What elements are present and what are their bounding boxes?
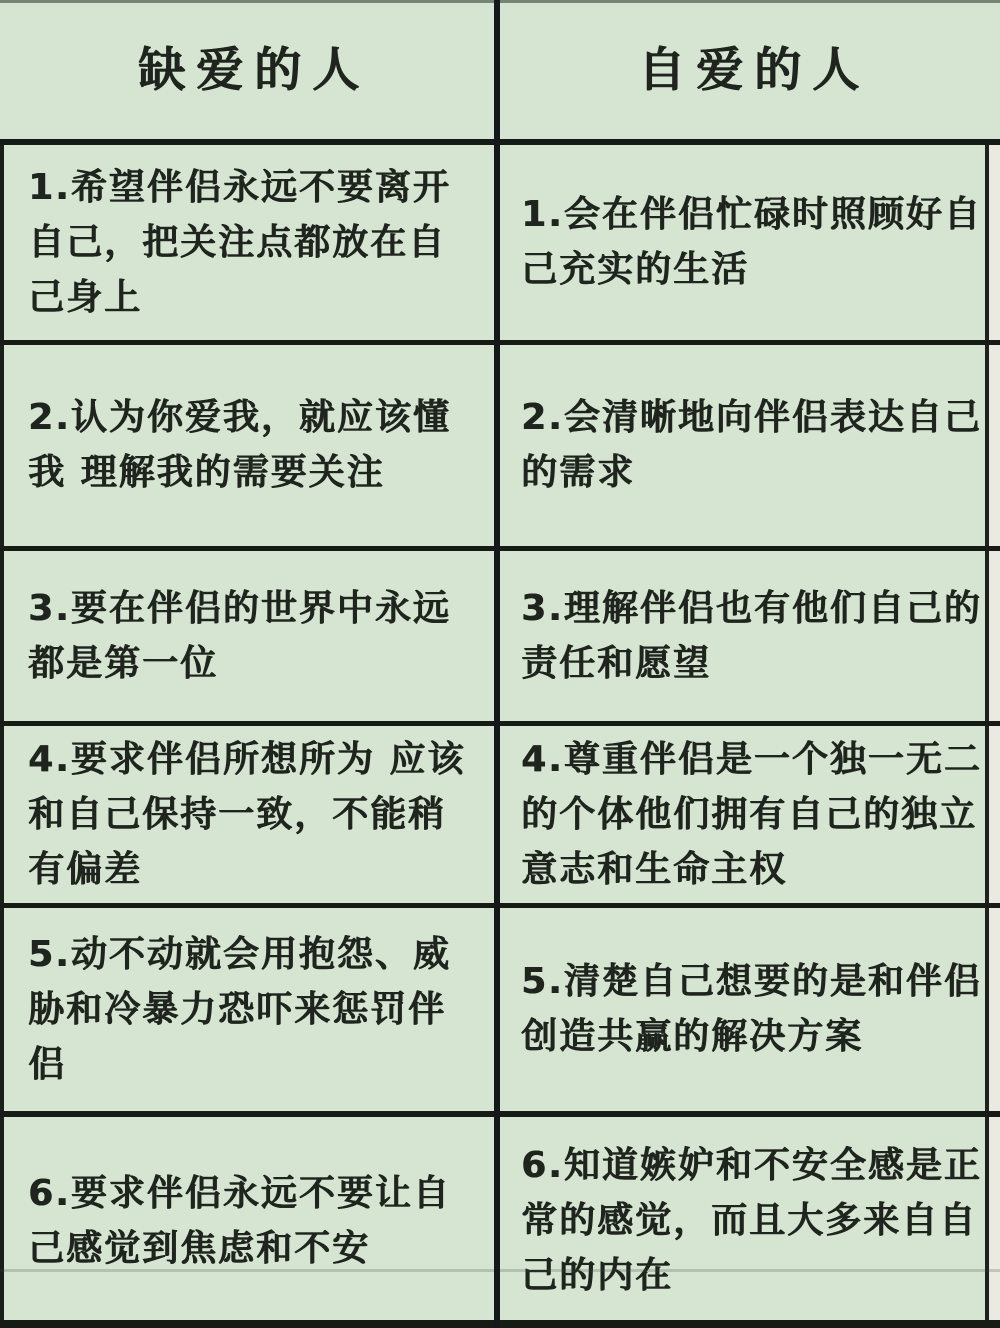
- table-bottom-border-line: [0, 1320, 1000, 1328]
- cell-row2-lacking-love-text: 2.认为你爱我，就应该懂我 理解我的需要关注: [28, 390, 483, 500]
- cell-row2-lacking-love: 2.认为你爱我，就应该懂我 理解我的需要关注: [0, 342, 497, 548]
- cell-row6-lacking-love-text: 6.要求伴侣永远不要让自己感觉到焦虑和不安: [28, 1166, 483, 1276]
- table-left-border: [0, 139, 4, 1328]
- cell-row4-lacking-love: 4.要求伴侣所想所为 应该和自己保持一致，不能稍有偏差: [0, 723, 497, 905]
- column-header-self-love-label: 自爱的人: [627, 43, 870, 99]
- row1-separator-line: [0, 340, 1000, 345]
- cell-row3-lacking-love: 3.要在伴侣的世界中永远都是第一位: [0, 548, 497, 723]
- cell-row5-self-love: 5.清楚自己想要的是和伴侣创造共赢的解决方案: [497, 905, 1000, 1113]
- column-header-lacking-love-label: 缺爱的人: [127, 43, 370, 99]
- cell-row2-self-love-text: 2.会清晰地向伴侣表达自己的需求: [521, 390, 988, 500]
- cell-row6-self-love: 6.知道嫉妒和不安全感是正常的感觉，而且大多来自自己的内在: [497, 1113, 1000, 1328]
- comparison-table: 缺爱的人 自爱的人 1.希望伴侣永远不要离开自己，把关注点都放在自己身上 1.会…: [0, 0, 1000, 1328]
- comparison-infographic: 缺爱的人 自爱的人 1.希望伴侣永远不要离开自己，把关注点都放在自己身上 1.会…: [0, 0, 1000, 1328]
- row3-separator-line: [0, 721, 1000, 726]
- right-edge-strip: [985, 139, 1000, 1328]
- cell-row4-self-love-text: 4.尊重伴侣是一个独一无二的个体他们拥有自己的独立意志和生命主权: [521, 732, 988, 897]
- row4-separator-line: [0, 903, 1000, 908]
- cell-row1-lacking-love-text: 1.希望伴侣永远不要离开自己，把关注点都放在自己身上: [28, 160, 483, 325]
- row2-separator-line: [0, 546, 1000, 551]
- cell-row1-self-love-text: 1.会在伴侣忙碌时照顾好自己充实的生活: [521, 187, 988, 297]
- column-divider-line: [494, 0, 500, 1328]
- table-top-edge-line: [0, 0, 1000, 3]
- column-header-self-love: 自爱的人: [497, 0, 1000, 142]
- faint-artifact-line: [0, 1269, 1000, 1272]
- cell-row4-lacking-love-text: 4.要求伴侣所想所为 应该和自己保持一致，不能稍有偏差: [28, 732, 483, 897]
- cell-row3-self-love-text: 3.理解伴侣也有他们自己的责任和愿望: [521, 581, 988, 691]
- cell-row1-self-love: 1.会在伴侣忙碌时照顾好自己充实的生活: [497, 142, 1000, 342]
- cell-row3-lacking-love-text: 3.要在伴侣的世界中永远都是第一位: [28, 581, 483, 691]
- cell-row1-lacking-love: 1.希望伴侣永远不要离开自己，把关注点都放在自己身上: [0, 142, 497, 342]
- header-separator-line: [0, 139, 1000, 145]
- cell-row5-lacking-love-text: 5.动不动就会用抱怨、威胁和冷暴力恐吓来惩罚伴侣: [28, 927, 483, 1092]
- cell-row2-self-love: 2.会清晰地向伴侣表达自己的需求: [497, 342, 1000, 548]
- cell-row5-lacking-love: 5.动不动就会用抱怨、威胁和冷暴力恐吓来惩罚伴侣: [0, 905, 497, 1113]
- cell-row3-self-love: 3.理解伴侣也有他们自己的责任和愿望: [497, 548, 1000, 723]
- cell-row6-lacking-love: 6.要求伴侣永远不要让自己感觉到焦虑和不安: [0, 1113, 497, 1328]
- cell-row4-self-love: 4.尊重伴侣是一个独一无二的个体他们拥有自己的独立意志和生命主权: [497, 723, 1000, 905]
- row5-separator-line: [0, 1111, 1000, 1117]
- cell-row6-self-love-text: 6.知道嫉妒和不安全感是正常的感觉，而且大多来自自己的内在: [521, 1138, 988, 1303]
- column-header-lacking-love: 缺爱的人: [0, 0, 497, 142]
- cell-row5-self-love-text: 5.清楚自己想要的是和伴侣创造共赢的解决方案: [521, 954, 988, 1064]
